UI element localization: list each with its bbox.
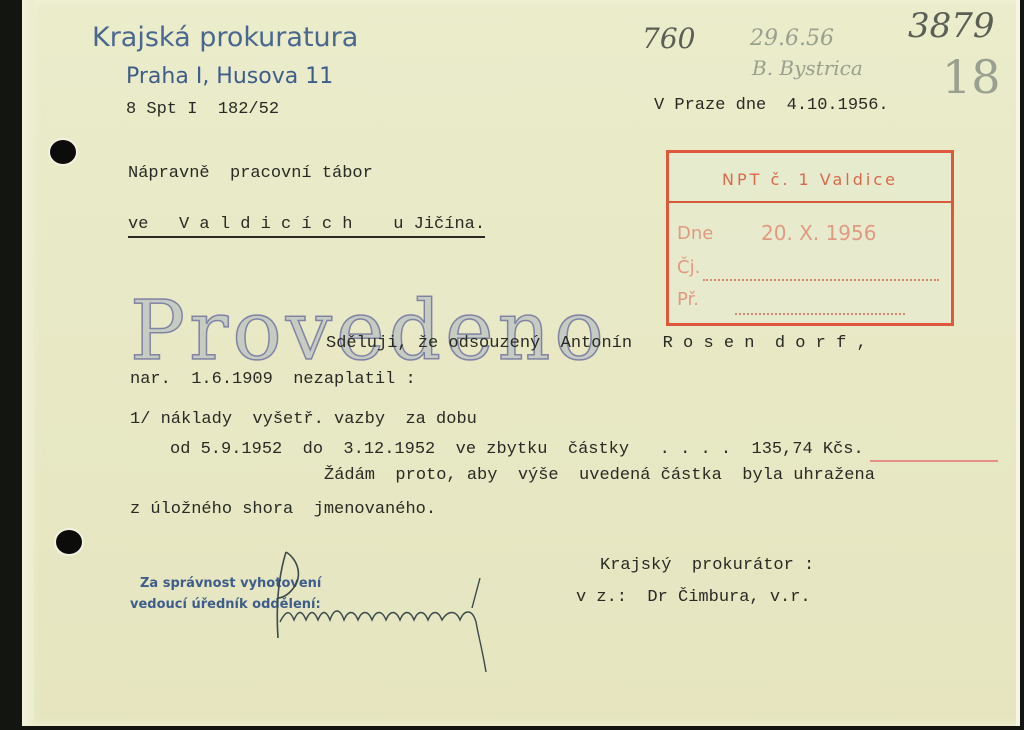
document-page: Krajská prokuratura Praha I, Husova 11 8… xyxy=(22,0,1020,726)
body-line-4: od 5.9.1952 do 3.12.1952 ve zbytku částk… xyxy=(170,440,864,459)
provedeno-stamp: Provedeno xyxy=(130,284,608,379)
handwritten-760: 760 xyxy=(642,22,695,55)
handwritten-name: B. Bystrica xyxy=(752,56,863,80)
addressee-line-2: ve V a l d i c í c h u Jičína. xyxy=(128,215,485,238)
punch-hole-bottom xyxy=(56,530,82,554)
handwritten-signature xyxy=(272,548,522,678)
received-stamp-title: NPT č. 1 Valdice xyxy=(669,153,951,203)
body-line-3: 1/ náklady vyšetř. vazby za dobu xyxy=(130,410,477,429)
signoff-name: v z.: Dr Čimbura, v.r. xyxy=(576,588,811,607)
received-stamp-date-label: Dne xyxy=(677,223,713,244)
place-and-date: V Praze dne 4.10.1956. xyxy=(654,96,889,115)
received-stamp-pr-label: Př. xyxy=(677,289,699,310)
received-stamp-cj-label: Čj. xyxy=(677,257,700,278)
page-fold-edge xyxy=(22,0,34,726)
body-line-5: Žádám proto, aby výše uvedená částka byl… xyxy=(324,466,875,485)
handwritten-18: 18 xyxy=(942,50,1001,104)
handwritten-date: 29.6.56 xyxy=(750,26,834,51)
handwritten-3879: 3879 xyxy=(908,6,995,46)
body-line-6: z úložného shora jmenovaného. xyxy=(130,500,436,519)
received-stamp-pr-line xyxy=(735,313,905,315)
office-name: Krajská prokuratura xyxy=(92,22,358,53)
received-stamp-date: 20. X. 1956 xyxy=(761,221,876,245)
addressee-line-1: Nápravně pracovní tábor xyxy=(128,164,373,183)
received-stamp: NPT č. 1 Valdice Dne 20. X. 1956 Čj. Př. xyxy=(666,150,954,326)
body-line-1: Sděluji, že odsouzený Antonín R o s e n … xyxy=(326,334,867,353)
received-stamp-cj-line xyxy=(703,279,939,281)
office-address: Praha I, Husova 11 xyxy=(126,64,333,89)
signoff-title: Krajský prokurátor : xyxy=(600,556,814,575)
page-right-edge xyxy=(1016,0,1020,726)
amount-red-underline xyxy=(870,460,998,462)
reference-number: 8 Spt I 182/52 xyxy=(126,100,279,119)
body-line-2: nar. 1.6.1909 nezaplatil : xyxy=(130,370,416,389)
punch-hole-top xyxy=(50,140,76,164)
